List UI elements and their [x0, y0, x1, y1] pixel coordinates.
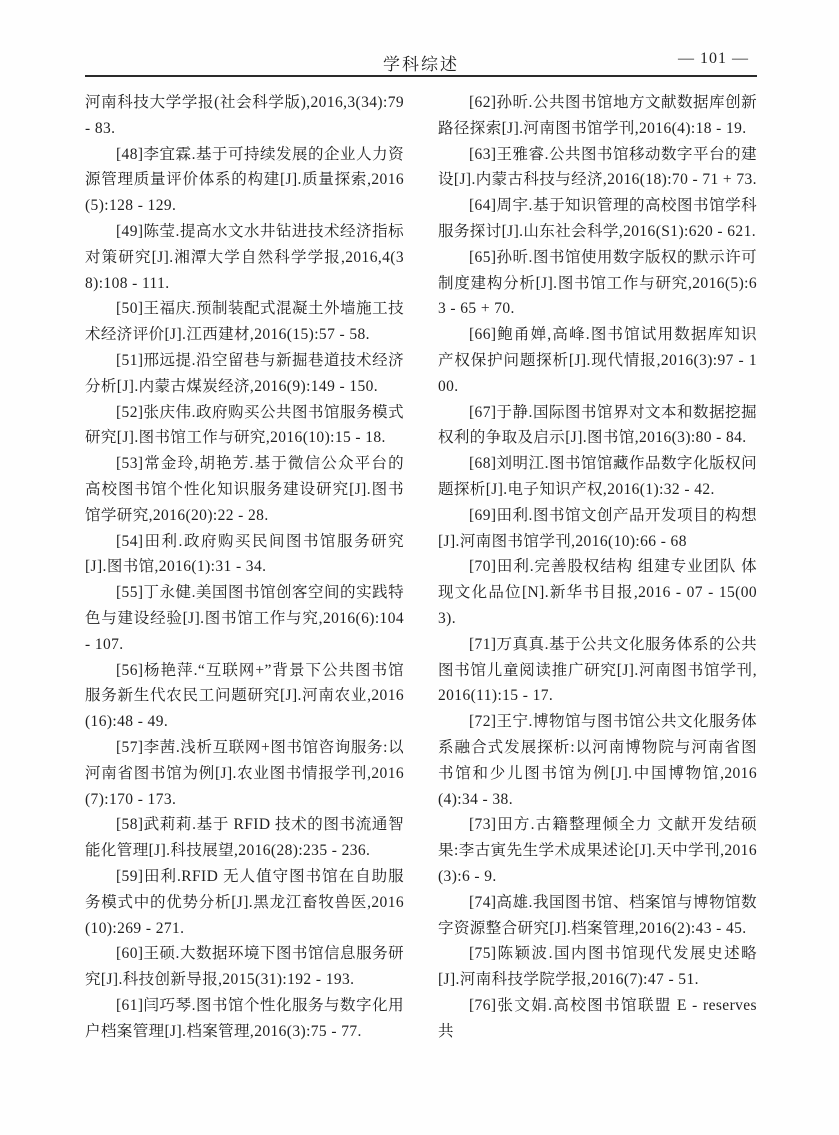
reference-entry: [61]闫巧琴.图书馆个性化服务与数字化用户档案管理[J].档案管理,2016(… [85, 993, 404, 1045]
reference-entry: [74]高雄.我国图书馆、档案馆与博物馆数字资源整合研究[J].档案管理,201… [438, 890, 757, 942]
reference-entry: [70]田利.完善股权结构 组建专业团队 体现文化品位[N].新华书目报,201… [438, 554, 757, 631]
section-title: 学科综述 [85, 50, 757, 75]
reference-entry: [56]杨艳萍.“互联网+”背景下公共图书馆服务新生代农民工问题研究[J].河南… [85, 658, 404, 735]
references-content: 河南科技大学学报(社会科学版),2016,3(34):79 - 83.[48]李… [85, 90, 757, 1044]
reference-entry: [72]王宁.博物馆与图书馆公共文化服务体系融合式发展探析:以河南博物院与河南省… [438, 709, 757, 812]
reference-entry: [50]王福庆.预制装配式混凝土外墙施工技术经济评价[J].江西建材,2016(… [85, 296, 404, 348]
reference-entry: 河南科技大学学报(社会科学版),2016,3(34):79 - 83. [85, 90, 404, 142]
reference-entry: [76]张文娟.高校图书馆联盟 E - reserves 共 [438, 993, 757, 1045]
left-column: 河南科技大学学报(社会科学版),2016,3(34):79 - 83.[48]李… [85, 90, 404, 1044]
reference-entry: [67]于静.国际图书馆界对文本和数据挖掘权利的争取及启示[J].图书馆,201… [438, 400, 757, 452]
reference-entry: [48]李宜霖.基于可持续发展的企业人力资源管理质量评价体系的构建[J].质量探… [85, 142, 404, 219]
reference-entry: [75]陈颖波.国内图书馆现代发展史述略[J].河南科技学院学报,2016(7)… [438, 941, 757, 993]
reference-entry: [53]常金玲,胡艳芳.基于微信公众平台的高校图书馆个性化知识服务建设研究[J]… [85, 451, 404, 528]
reference-entry: [57]李茜.浅析互联网+图书馆咨询服务:以河南省图书馆为例[J].农业图书情报… [85, 735, 404, 812]
reference-entry: [62]孙昕.公共图书馆地方文献数据库创新路径探索[J].河南图书馆学刊,201… [438, 90, 757, 142]
reference-entry: [60]王硕.大数据环境下图书馆信息服务研究[J].科技创新导报,2015(31… [85, 941, 404, 993]
reference-entry: [52]张庆伟.政府购买公共图书馆服务模式研究[J].图书馆工作与研究,2016… [85, 400, 404, 452]
right-column: [62]孙昕.公共图书馆地方文献数据库创新路径探索[J].河南图书馆学刊,201… [438, 90, 757, 1044]
reference-entry: [58]武莉莉.基于 RFID 技术的图书流通智能化管理[J].科技展望,201… [85, 812, 404, 864]
reference-entry: [65]孙昕.图书馆使用数字版权的默示许可制度建构分析[J].图书馆工作与研究,… [438, 245, 757, 322]
reference-entry: [73]田方.古籍整理倾全力 文献开发结硕果:李古寅先生学术成果述论[J].天中… [438, 812, 757, 889]
reference-entry: [49]陈莹.提高水文水井钻进技术经济指标对策研究[J].湘潭大学自然科学学报,… [85, 219, 404, 296]
document-page: 学科综述 — 101 — 河南科技大学学报(社会科学版),2016,3(34):… [0, 0, 839, 1135]
reference-entry: [64]周宇.基于知识管理的高校图书馆学科服务探讨[J].山东社会科学,2016… [438, 193, 757, 245]
header-rule [85, 75, 757, 77]
reference-entry: [51]邢远提.沿空留巷与新掘巷道技术经济分析[J].内蒙古煤炭经济,2016(… [85, 348, 404, 400]
page-number: — 101 — [678, 50, 749, 68]
page-header: 学科综述 — 101 — [85, 50, 757, 72]
reference-entry: [55]丁永健.美国图书馆创客空间的实践特色与建设经验[J].图书馆工作与究,2… [85, 580, 404, 657]
reference-entry: [59]田利.RFID 无人值守图书馆在自助服务模式中的优势分析[J].黑龙江畜… [85, 864, 404, 941]
reference-entry: [63]王雅睿.公共图书馆移动数字平台的建设[J].内蒙古科技与经济,2016(… [438, 142, 757, 194]
reference-entry: [71]万真真.基于公共文化服务体系的公共图书馆儿童阅读推广研究[J].河南图书… [438, 632, 757, 709]
reference-entry: [54]田利.政府购买民间图书馆服务研究[J].图书馆,2016(1):31 -… [85, 529, 404, 581]
reference-entry: [69]田利.图书馆文创产品开发项目的构想[J].河南图书馆学刊,2016(10… [438, 503, 757, 555]
reference-entry: [68]刘明江.图书馆馆藏作品数字化版权问题探析[J].电子知识产权,2016(… [438, 451, 757, 503]
reference-entry: [66]鲍甬婵,高峰.图书馆试用数据库知识产权保护问题探析[J].现代情报,20… [438, 322, 757, 399]
